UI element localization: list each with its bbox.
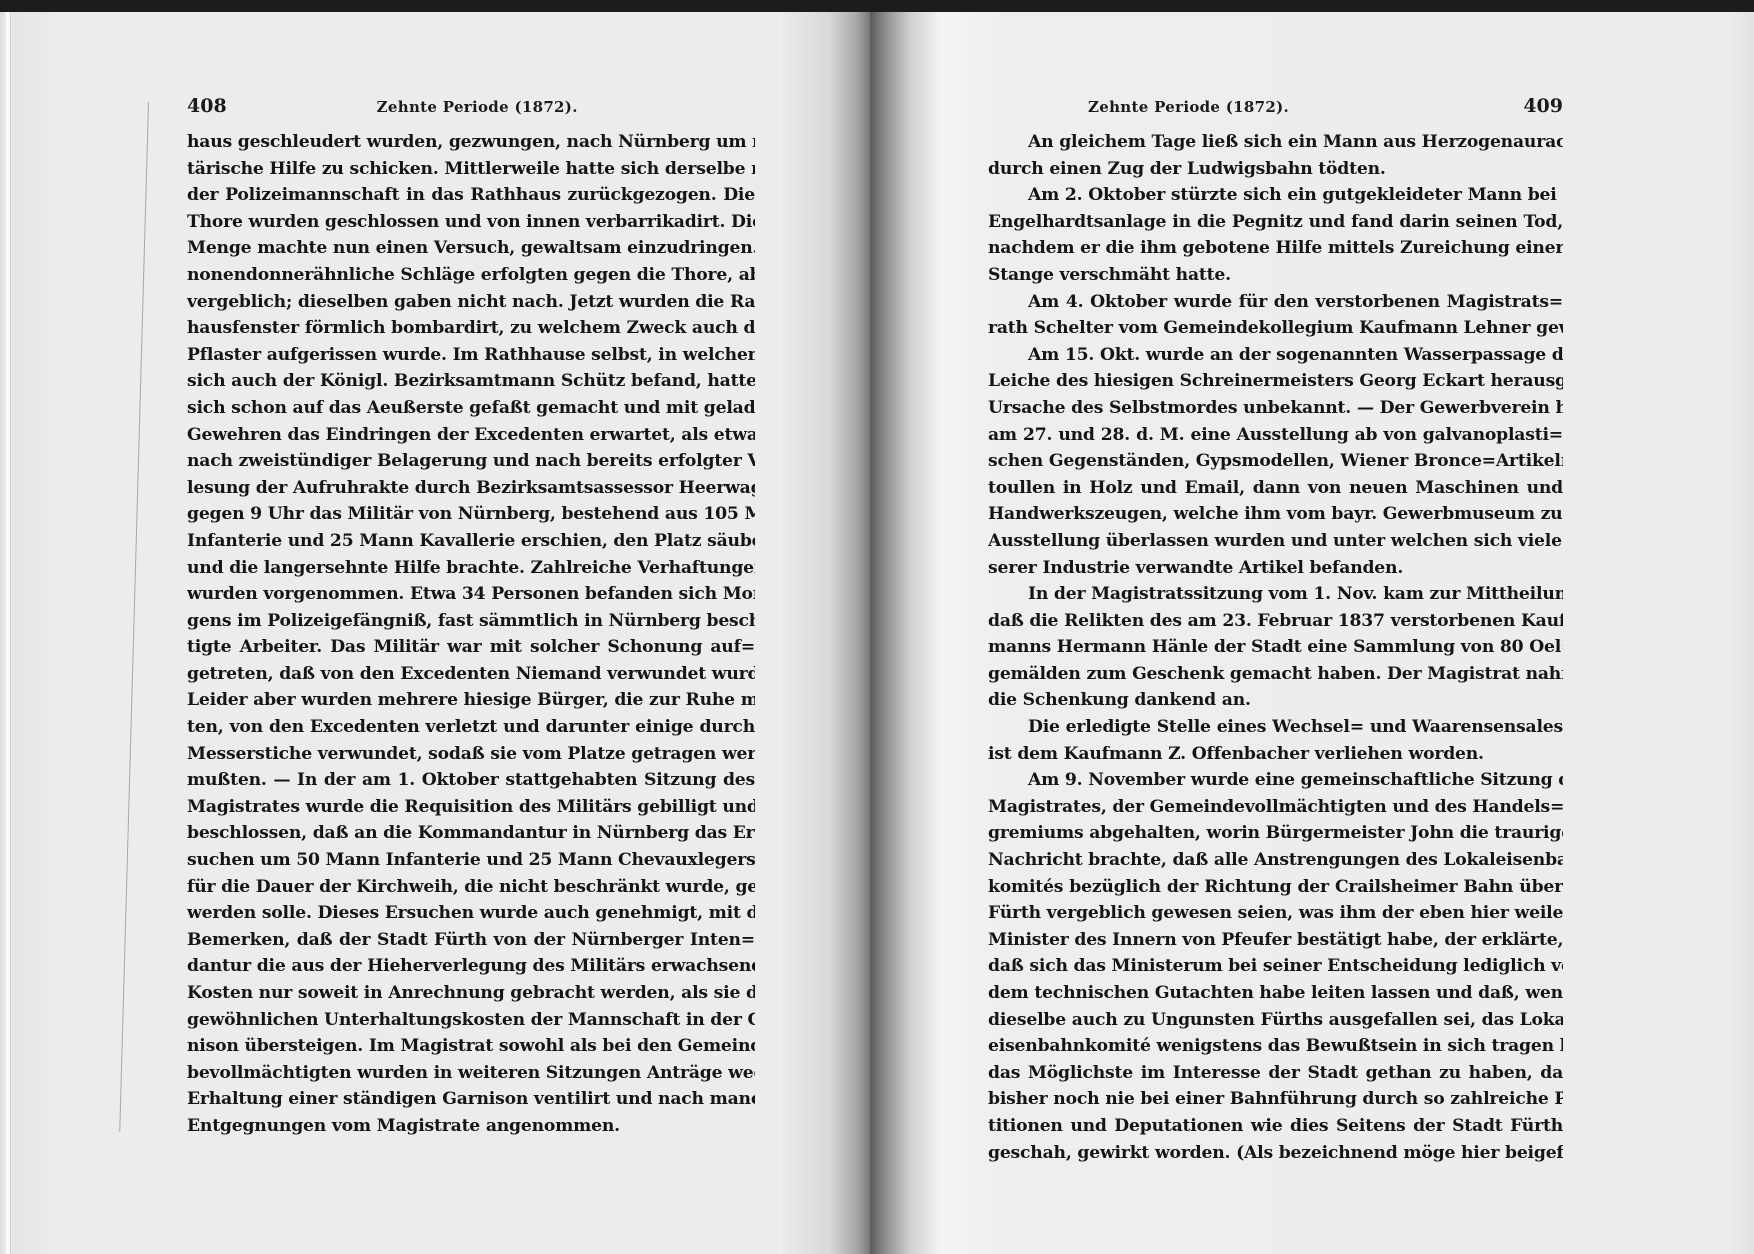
text-line: dantur die aus der Hieherverlegung des M… bbox=[187, 953, 755, 980]
text-line: gewöhnlichen Unterhaltungskosten der Man… bbox=[187, 1007, 755, 1034]
text-line: bisher noch nie bei einer Bahnführung du… bbox=[988, 1086, 1563, 1113]
text-line: Leiche des hiesigen Schreinermeisters Ge… bbox=[988, 368, 1563, 395]
text-line: daß sich das Ministerum bei seiner Entsc… bbox=[988, 953, 1563, 980]
book-spread: 408 Zehnte Periode (1872). haus geschleu… bbox=[0, 12, 1754, 1254]
text-line: Am 15. Okt. wurde an der sogenannten Was… bbox=[988, 342, 1563, 369]
right-page-body-text: An gleichem Tage ließ sich ein Mann aus … bbox=[988, 129, 1563, 1166]
text-line: Leider aber wurden mehrere hiesige Bürge… bbox=[187, 687, 755, 714]
left-page-body-text: haus geschleudert wurden, gezwungen, nac… bbox=[187, 129, 755, 1140]
text-line: Entgegnungen vom Magistrate angenommen. bbox=[187, 1113, 755, 1140]
left-page-header: 408 Zehnte Periode (1872). bbox=[187, 95, 757, 125]
text-line: haus geschleudert wurden, gezwungen, nac… bbox=[187, 129, 755, 156]
text-line: ist dem Kaufmann Z. Offenbacher verliehe… bbox=[988, 741, 1563, 768]
text-line: eisenbahnkomité wenigstens das Bewußtsei… bbox=[988, 1033, 1563, 1060]
text-line: lesung der Aufruhrakte durch Bezirksamts… bbox=[187, 475, 755, 502]
text-line: schen Gegenständen, Gypsmodellen, Wiener… bbox=[988, 448, 1563, 475]
text-line: Fürth vergeblich gewesen seien, was ihm … bbox=[988, 900, 1563, 927]
text-line: Stange verschmäht hatte. bbox=[988, 262, 1563, 289]
text-line: toullen in Holz und Email, dann von neue… bbox=[988, 475, 1563, 502]
text-line: Ausstellung überlassen wurden und unter … bbox=[988, 528, 1563, 555]
text-line: Engelhardtsanlage in die Pegnitz und fan… bbox=[988, 209, 1563, 236]
text-line: rath Schelter vom Gemeindekollegium Kauf… bbox=[988, 315, 1563, 342]
text-line: wurden vorgenommen. Etwa 34 Personen bef… bbox=[187, 581, 755, 608]
text-line: dieselbe auch zu Ungunsten Fürths ausgef… bbox=[988, 1007, 1563, 1034]
text-line: An gleichem Tage ließ sich ein Mann aus … bbox=[988, 129, 1563, 156]
text-line: nonendonnerähnliche Schläge erfolgten ge… bbox=[187, 262, 755, 289]
text-line: Messerstiche verwundet, sodaß sie vom Pl… bbox=[187, 741, 755, 768]
text-line: tigte Arbeiter. Das Militär war mit solc… bbox=[187, 634, 755, 661]
text-line: nison übersteigen. Im Magistrat sowohl a… bbox=[187, 1033, 755, 1060]
text-line: titionen und Deputationen wie dies Seite… bbox=[988, 1113, 1563, 1140]
text-line: Kosten nur soweit in Anrechnung gebracht… bbox=[187, 980, 755, 1007]
text-line: Am 9. November wurde eine gemeinschaftli… bbox=[988, 767, 1563, 794]
page-number: 409 bbox=[1523, 95, 1563, 117]
text-line: sich schon auf das Aeußerste gefaßt gema… bbox=[187, 395, 755, 422]
text-line: beschlossen, daß an die Kommandantur in … bbox=[187, 820, 755, 847]
text-line: nach zweistündiger Belagerung und nach b… bbox=[187, 448, 755, 475]
text-line: gens im Polizeigefängniß, fast sämmtlich… bbox=[187, 608, 755, 635]
text-line: tärische Hilfe zu schicken. Mittlerweile… bbox=[187, 156, 755, 183]
text-line: für die Dauer der Kirchweih, die nicht b… bbox=[187, 874, 755, 901]
text-line: sich auch der Königl. Bezirksamtmann Sch… bbox=[187, 368, 755, 395]
text-line: mußten. — In der am 1. Oktober stattgeha… bbox=[187, 767, 755, 794]
text-line: bevollmächtigten wurden in weiteren Sitz… bbox=[187, 1060, 755, 1087]
text-line: Am 2. Oktober stürzte sich ein gutgeklei… bbox=[988, 182, 1563, 209]
text-line: Thore wurden geschlossen und von innen v… bbox=[187, 209, 755, 236]
text-line: Minister des Innern von Pfeufer bestätig… bbox=[988, 927, 1563, 954]
text-line: ten, von den Excedenten verletzt und dar… bbox=[187, 714, 755, 741]
text-line: hausfenster förmlich bombardirt, zu welc… bbox=[187, 315, 755, 342]
text-line: Menge machte nun einen Versuch, gewaltsa… bbox=[187, 235, 755, 262]
text-line: Magistrates, der Gemeindevollmächtigten … bbox=[988, 794, 1563, 821]
text-line: Nachricht brachte, daß alle Anstrengunge… bbox=[988, 847, 1563, 874]
page-number: 408 bbox=[187, 95, 227, 117]
text-line: komités bezüglich der Richtung der Crail… bbox=[988, 874, 1563, 901]
text-line: manns Hermann Hänle der Stadt eine Samml… bbox=[988, 634, 1563, 661]
text-line: der Polizeimannschaft in das Rathhaus zu… bbox=[187, 182, 755, 209]
running-title: Zehnte Periode (1872). bbox=[377, 98, 578, 116]
text-line: In der Magistratssitzung vom 1. Nov. kam… bbox=[988, 581, 1563, 608]
running-title: Zehnte Periode (1872). bbox=[1088, 98, 1289, 116]
text-line: und die langersehnte Hilfe brachte. Zahl… bbox=[187, 555, 755, 582]
text-line: gemälden zum Geschenk gemacht haben. Der… bbox=[988, 661, 1563, 688]
text-line: Handwerkszeugen, welche ihm vom bayr. Ge… bbox=[988, 501, 1563, 528]
text-line: Magistrates wurde die Requisition des Mi… bbox=[187, 794, 755, 821]
text-line: suchen um 50 Mann Infanterie und 25 Mann… bbox=[187, 847, 755, 874]
text-line: Gewehren das Eindringen der Excedenten e… bbox=[187, 422, 755, 449]
text-line: das Möglichste im Interesse der Stadt ge… bbox=[988, 1060, 1563, 1087]
pencil-margin-mark bbox=[119, 102, 150, 1132]
text-line: Ursache des Selbstmordes unbekannt. — De… bbox=[988, 395, 1563, 422]
right-page: Zehnte Periode (1872). 409 An gleichem T… bbox=[870, 12, 1754, 1254]
text-line: gegen 9 Uhr das Militär von Nürnberg, be… bbox=[187, 501, 755, 528]
text-line: werden solle. Dieses Ersuchen wurde auch… bbox=[187, 900, 755, 927]
text-line: getreten, daß von den Excedenten Niemand… bbox=[187, 661, 755, 688]
text-line: Am 4. Oktober wurde für den verstorbenen… bbox=[988, 289, 1563, 316]
text-line: Infanterie und 25 Mann Kavallerie erschi… bbox=[187, 528, 755, 555]
text-line: die Schenkung dankend an. bbox=[988, 687, 1563, 714]
text-line: dem technischen Gutachten habe leiten la… bbox=[988, 980, 1563, 1007]
right-page-header: Zehnte Periode (1872). 409 bbox=[988, 95, 1563, 125]
text-line: durch einen Zug der Ludwigsbahn tödten. bbox=[988, 156, 1563, 183]
text-line: serer Industrie verwandte Artikel befand… bbox=[988, 555, 1563, 582]
left-page: 408 Zehnte Periode (1872). haus geschleu… bbox=[0, 12, 870, 1254]
text-line: Die erledigte Stelle eines Wechsel= und … bbox=[988, 714, 1563, 741]
text-line: am 27. und 28. d. M. eine Ausstellung ab… bbox=[988, 422, 1563, 449]
text-line: nachdem er die ihm gebotene Hilfe mittel… bbox=[988, 235, 1563, 262]
text-line: Bemerken, daß der Stadt Fürth von der Nü… bbox=[187, 927, 755, 954]
text-line: Erhaltung einer ständigen Garnison venti… bbox=[187, 1086, 755, 1113]
text-line: vergeblich; dieselben gaben nicht nach. … bbox=[187, 289, 755, 316]
text-line: Pflaster aufgerissen wurde. Im Rathhause… bbox=[187, 342, 755, 369]
text-line: gremiums abgehalten, worin Bürgermeister… bbox=[988, 820, 1563, 847]
page-stack-edge bbox=[6, 12, 11, 1254]
text-line: geschah, gewirkt worden. (Als bezeichnen… bbox=[988, 1140, 1563, 1167]
text-line: daß die Relikten des am 23. Februar 1837… bbox=[988, 608, 1563, 635]
